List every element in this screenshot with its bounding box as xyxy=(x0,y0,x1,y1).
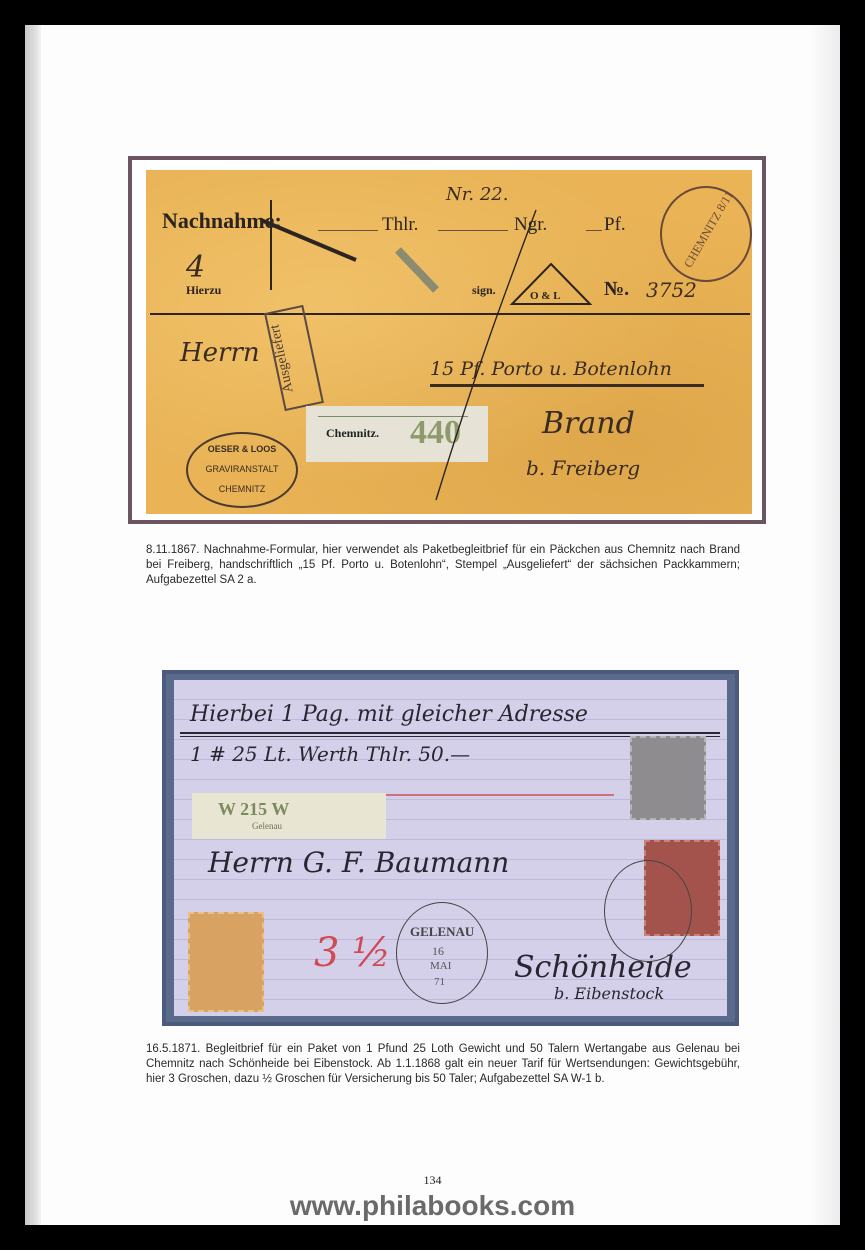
address-recipient: Herrn G. F. Baumann xyxy=(208,846,509,879)
figure-1-caption: 8.11.1867. Nachnahme-Formular, hier verw… xyxy=(146,543,740,588)
form-paper: Nr. 22. Nachnahme: Thlr. Ngr. Pf. 4 Hier… xyxy=(146,170,752,514)
stamp-half-groschen xyxy=(188,912,264,1012)
aufgabezettel-w-label: W 215 W Gelenau xyxy=(192,793,386,839)
cover-line-1: Hierbei 1 Pag. mit gleicher Adresse xyxy=(190,702,588,727)
figure-gelenau-cover: Hierbei 1 Pag. mit gleicher Adresse 1 # … xyxy=(162,670,739,1026)
stamp-2-groschen xyxy=(630,736,706,820)
postmark-year: 71 xyxy=(434,976,445,988)
label-town: Gelenau xyxy=(252,821,282,831)
postmark-month: MAI xyxy=(430,960,451,972)
page-edge xyxy=(810,25,840,1225)
figure-2-caption: 16.5.1871. Begleitbrief für ein Paket vo… xyxy=(146,1042,740,1087)
figure-nachnahme-form: Nr. 22. Nachnahme: Thlr. Ngr. Pf. 4 Hier… xyxy=(128,156,766,524)
page-number: 134 xyxy=(0,1173,865,1188)
pen-strokes xyxy=(146,170,752,514)
label-main: W 215 W xyxy=(218,799,289,820)
cover-paper: Hierbei 1 Pag. mit gleicher Adresse 1 # … xyxy=(174,680,727,1016)
postmark-day: 16 xyxy=(432,944,444,959)
red-rate-mark: 3 ½ xyxy=(314,930,391,976)
postmark-town: GELENAU xyxy=(410,924,474,940)
cover-line-2: 1 # 25 Lt. Werth Thlr. 50.— xyxy=(190,742,470,766)
address-district: b. Eibenstock xyxy=(554,984,664,1003)
gelenau-postmark-2 xyxy=(604,860,692,962)
cover-rule xyxy=(180,732,720,734)
page-gutter xyxy=(25,25,41,1225)
red-line xyxy=(374,794,614,796)
watermark: www.philabooks.com xyxy=(0,1190,865,1222)
